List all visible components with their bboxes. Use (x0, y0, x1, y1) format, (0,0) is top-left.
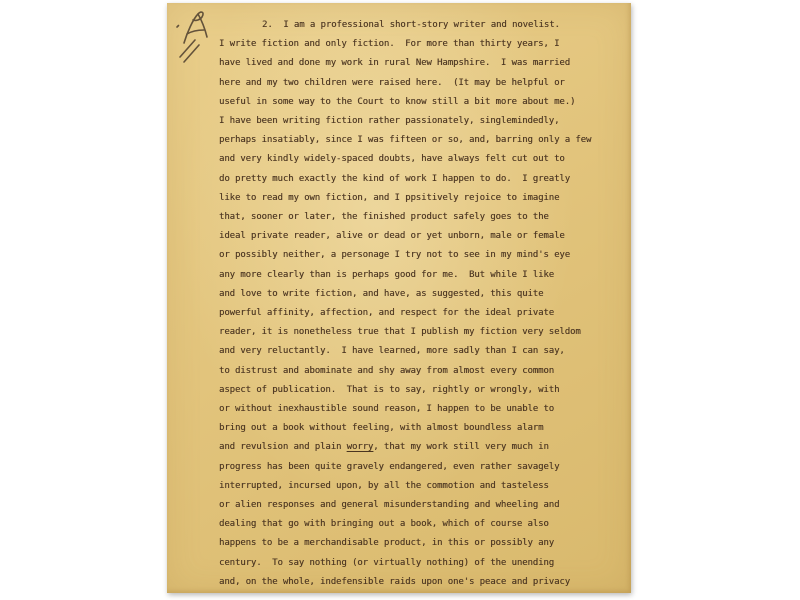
text-line: that, sooner or later, the finished prod… (219, 208, 619, 227)
text-segment: powerful affinity, affection, and respec… (219, 308, 554, 318)
text-segment: and very reluctantly. I have learned, mo… (219, 346, 565, 356)
text-line: 2. I am a professional short-story write… (219, 16, 619, 35)
text-segment: that, sooner or later, the finished prod… (219, 212, 549, 222)
text-segment: to distrust and abominate and shy away f… (219, 366, 554, 376)
text-segment: I write fiction and only fiction. For mo… (219, 39, 559, 49)
text-segment: progress has been quite gravely endanger… (219, 462, 559, 472)
text-segment: reader, it is nonetheless true that I pu… (219, 327, 581, 337)
text-segment: bring out a book without feeling, with a… (219, 423, 543, 433)
text-segment: aspect of publication. That is to say, r… (219, 385, 559, 395)
text-segment: happens to be a merchandisable product, … (219, 538, 554, 548)
text-segment: dealing that go with bringing out a book… (219, 519, 549, 529)
text-line: I write fiction and only fiction. For mo… (219, 35, 619, 54)
text-line: and, on the whole, indefensible raids up… (219, 573, 619, 592)
text-line: reader, it is nonetheless true that I pu… (219, 323, 619, 342)
text-line: powerful affinity, affection, and respec… (219, 304, 619, 323)
text-line: and very reluctantly. I have learned, mo… (219, 342, 619, 361)
text-line: and very kindly widely-spaced doubts, ha… (219, 150, 619, 169)
text-line: progress has been quite gravely endanger… (219, 458, 619, 477)
text-segment: 2. I am a professional short-story write… (262, 20, 560, 30)
underlined-word: worry (347, 442, 374, 452)
text-line: or possibly neither, a personage I try n… (219, 246, 619, 265)
text-segment: interrupted, incursed upon, by all the c… (219, 481, 549, 491)
text-line: any more clearly than is perhaps good fo… (219, 266, 619, 285)
text-segment: and, on the whole, indefensible raids up… (219, 577, 570, 587)
text-segment: have lived and done my work in rural New… (219, 58, 570, 68)
text-line: to distrust and abominate and shy away f… (219, 362, 619, 381)
text-line: have lived and done my work in rural New… (219, 54, 619, 73)
text-line: bring out a book without feeling, with a… (219, 419, 619, 438)
text-line: and love to write fiction, and have, as … (219, 285, 619, 304)
text-line: or alien responses and general misunders… (219, 496, 619, 515)
text-segment: and revulsion and plain (219, 442, 347, 452)
text-segment: perhaps insatiably, since I was fifteen … (219, 135, 591, 145)
text-segment: any more clearly than is perhaps good fo… (219, 270, 554, 280)
text-segment: or alien responses and general misunders… (219, 500, 559, 510)
text-segment: or possibly neither, a personage I try n… (219, 250, 570, 260)
text-line: or without inexhaustible sound reason, I… (219, 400, 619, 419)
text-line: perhaps insatiably, since I was fifteen … (219, 131, 619, 150)
typewritten-page: 2. I am a professional short-story write… (167, 3, 631, 593)
text-segment: ideal private reader, alive or dead or y… (219, 231, 565, 241)
text-segment: or without inexhaustible sound reason, I… (219, 404, 554, 414)
text-segment: do pretty much exactly the kind of work … (219, 174, 570, 184)
text-line: I have been writing fiction rather passi… (219, 112, 619, 131)
text-segment: here and my two children were raised her… (219, 78, 565, 88)
text-line: century. To say nothing (or virtually no… (219, 554, 619, 573)
text-segment: and very kindly widely-spaced doubts, ha… (219, 154, 565, 164)
text-segment: and love to write fiction, and have, as … (219, 289, 543, 299)
text-line: dealing that go with bringing out a book… (219, 515, 619, 534)
typed-text: 2. I am a professional short-story write… (219, 16, 619, 592)
text-line: here and my two children were raised her… (219, 74, 619, 93)
text-line: and revulsion and plain worry, that my w… (219, 438, 619, 457)
text-line: aspect of publication. That is to say, r… (219, 381, 619, 400)
text-line: happens to be a merchandisable product, … (219, 534, 619, 553)
text-segment: century. To say nothing (or virtually no… (219, 558, 554, 568)
handwritten-a-mark-icon (173, 7, 225, 69)
scanned-document-view: 2. I am a professional short-story write… (0, 0, 800, 600)
text-line: useful in some way to the Court to know … (219, 93, 619, 112)
text-segment: useful in some way to the Court to know … (219, 97, 575, 107)
text-line: interrupted, incursed upon, by all the c… (219, 477, 619, 496)
text-line: do pretty much exactly the kind of work … (219, 170, 619, 189)
text-line: ideal private reader, alive or dead or y… (219, 227, 619, 246)
text-segment: like to read my own fiction, and I ppsit… (219, 193, 559, 203)
text-line: like to read my own fiction, and I ppsit… (219, 189, 619, 208)
text-segment: I have been writing fiction rather passi… (219, 116, 559, 126)
text-segment: , that my work still very much in (373, 442, 549, 452)
